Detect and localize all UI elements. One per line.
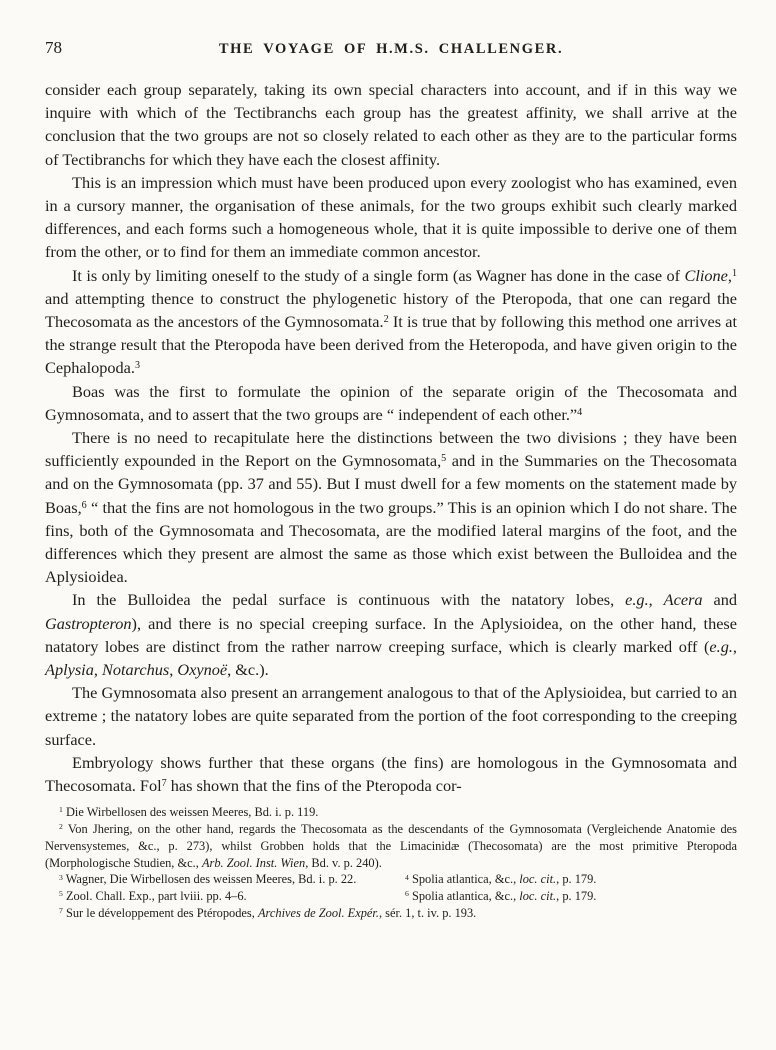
- running-title: THE VOYAGE OF H.M.S. CHALLENGER.: [219, 41, 563, 58]
- paragraph-7: The Gymnosomata also present an arrangem…: [45, 681, 737, 751]
- italic-run: e.g.: [709, 637, 733, 656]
- text-run: Zool. Chall. Exp., part lviii. pp. 4–6.: [63, 889, 247, 903]
- footnote-row-2: 5 Zool. Chall. Exp., part lviii. pp. 4–6…: [45, 888, 737, 905]
- footnote-marker: 5: [441, 453, 446, 464]
- text-run: consider each group separately, taking i…: [45, 80, 737, 169]
- footnote-4: 4 Spolia atlantica, &c., loc. cit., p. 1…: [391, 871, 737, 888]
- text-run: , p. 179.: [556, 889, 596, 903]
- text-run: , p. 179.: [556, 872, 596, 886]
- italic-run: Oxynoë: [177, 660, 227, 679]
- page-number: 78: [45, 38, 62, 58]
- paragraph-6: In the Bulloidea the pedal surface is co…: [45, 588, 737, 681]
- text-run: Boas was the first to formulate the opin…: [45, 382, 737, 424]
- footnote-5: 5 Zool. Chall. Exp., part lviii. pp. 4–6…: [45, 888, 391, 905]
- text-run: has shown that the fins of the Pteropoda…: [167, 776, 462, 795]
- footnote-marker: 4: [405, 873, 409, 882]
- text-run: ,: [733, 637, 737, 656]
- book-page: 78 THE VOYAGE OF H.M.S. CHALLENGER. cons…: [0, 0, 776, 1050]
- footnote-marker: 2: [59, 822, 63, 831]
- footnotes: 1 Die Wirbellosen des weissen Meeres, Bd…: [45, 804, 737, 922]
- italic-run: e.g.: [625, 590, 649, 609]
- footnote-row-1: 3 Wagner, Die Wirbellosen des weissen Me…: [45, 871, 737, 888]
- text-run: “ that the fins are not homologous in th…: [45, 498, 737, 587]
- paragraph-1: consider each group separately, taking i…: [45, 78, 737, 171]
- footnote-marker: 3: [59, 873, 63, 882]
- footnote-marker: 7: [162, 778, 167, 789]
- italic-run: Aplysia: [45, 660, 94, 679]
- text-run: Von Jhering, on the other hand, regards …: [45, 822, 737, 870]
- footnote-marker: 4: [577, 407, 582, 418]
- footnote-2: 2 Von Jhering, on the other hand, regard…: [45, 821, 737, 871]
- footnote-marker: 3: [135, 360, 140, 371]
- italic-run: Arb. Zool. Inst. Wien: [202, 856, 305, 870]
- footnote-marker: 1: [59, 805, 63, 814]
- paragraph-8: Embryology shows further that these orga…: [45, 751, 737, 797]
- text-run: , sér. 1, t. iv. p. 193.: [379, 906, 476, 920]
- footnote-7: 7 Sur le développement des Ptéropodes, A…: [45, 905, 737, 922]
- paragraph-5: There is no need to recapitulate here th…: [45, 426, 737, 588]
- footnote-marker: 2: [384, 314, 389, 325]
- footnote-1: 1 Die Wirbellosen des weissen Meeres, Bd…: [45, 804, 737, 821]
- footnote-marker: 5: [59, 889, 63, 898]
- italic-run: Archives de Zool. Expér.: [258, 906, 379, 920]
- text-run: , &c.).: [227, 660, 269, 679]
- text-run: This is an impression which must have be…: [45, 173, 737, 262]
- text-run: ,: [649, 590, 664, 609]
- text-run: Spolia atlantica, &c.,: [409, 872, 519, 886]
- text-run: In the Bulloidea the pedal surface is co…: [72, 590, 625, 609]
- footnote-3: 3 Wagner, Die Wirbellosen des weissen Me…: [45, 871, 391, 888]
- text-run: It is only by limiting oneself to the st…: [72, 266, 684, 285]
- footnote-marker: 7: [59, 906, 63, 915]
- text-run: The Gymnosomata also present an arrangem…: [45, 683, 737, 748]
- paragraph-4: Boas was the first to formulate the opin…: [45, 380, 737, 426]
- text-run: and: [703, 590, 737, 609]
- footnote-marker: 6: [405, 889, 409, 898]
- italic-run: Notarchus: [102, 660, 169, 679]
- footnote-6: 6 Spolia atlantica, &c., loc. cit., p. 1…: [391, 888, 737, 905]
- footnote-marker: 1: [732, 268, 737, 279]
- body-text: consider each group separately, taking i…: [45, 78, 737, 797]
- text-run: Sur le développement des Ptéropodes,: [63, 906, 258, 920]
- text-run: ), and there is no special creeping surf…: [45, 614, 737, 656]
- text-run: ,: [94, 660, 102, 679]
- text-run: Die Wirbellosen des weissen Meeres, Bd. …: [63, 805, 319, 819]
- page-header: 78 THE VOYAGE OF H.M.S. CHALLENGER.: [45, 38, 737, 58]
- footnote-marker: 6: [82, 500, 87, 511]
- text-run: Spolia atlantica, &c.,: [409, 889, 519, 903]
- paragraph-2: This is an impression which must have be…: [45, 171, 737, 264]
- italic-run: Acera: [664, 590, 703, 609]
- paragraph-3: It is only by limiting oneself to the st…: [45, 264, 737, 380]
- italic-run: loc. cit.: [519, 889, 556, 903]
- italic-run: Clione: [684, 266, 727, 285]
- italic-run: loc. cit.: [519, 872, 556, 886]
- text-run: , Bd. v. p. 240).: [305, 856, 382, 870]
- text-run: Wagner, Die Wirbellosen des weissen Meer…: [63, 872, 356, 886]
- italic-run: Gastropteron: [45, 614, 132, 633]
